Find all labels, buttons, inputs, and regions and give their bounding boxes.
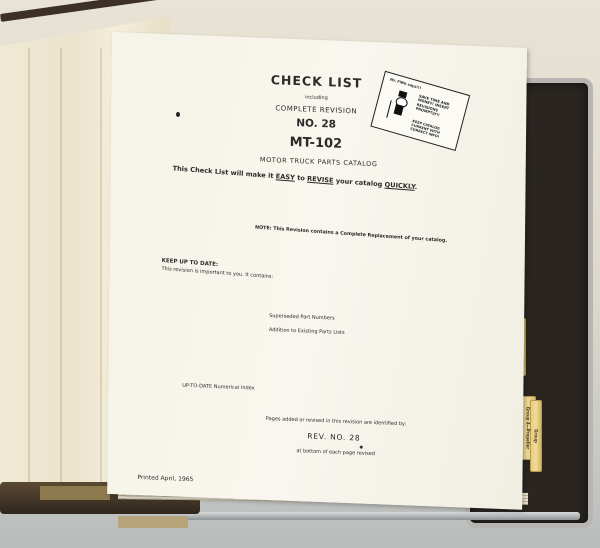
reminder-cartoon: Mr. Fifth says!!! SAVE TIME AND MONEY! I… xyxy=(370,71,470,151)
replacement-note: NOTE: This Revision contains a Complete … xyxy=(255,226,447,244)
index-tab[interactable]: Group xyxy=(530,400,542,472)
doc-title: CHECK LIST xyxy=(271,72,363,91)
printed-date: Printed April, 1965 xyxy=(137,474,193,483)
at-bottom-text: at bottom of each page revised xyxy=(296,448,375,457)
photo-scene: Group 1—Frame Group 2—Front Axle Group 3… xyxy=(0,0,600,548)
ink-dot xyxy=(360,446,363,449)
catalog-code: MT-102 xyxy=(290,135,343,152)
catalog-name: MOTOR TRUCK PARTS CATALOG xyxy=(260,156,378,169)
including-text: including xyxy=(305,94,328,101)
page-fold xyxy=(60,48,62,508)
index-line: UP-TO-DATE Numerical Index xyxy=(182,383,254,392)
contents-item: Addition to Existing Parts Lists xyxy=(269,327,345,336)
binder-hole xyxy=(176,112,180,117)
page-fold xyxy=(28,48,30,508)
hinge-plate xyxy=(40,486,110,500)
cartoon-man-icon xyxy=(392,90,409,114)
check-list-page: CHECK LIST including COMPLETE REVISION N… xyxy=(107,32,527,510)
pages-identified-text: Pages added or revised in this revision … xyxy=(266,416,406,427)
binder-rod xyxy=(0,0,167,22)
hinge-plate xyxy=(118,516,188,528)
contents-item: Superseded Part Numbers xyxy=(269,313,335,322)
easy-revise-line: This Check List will make it EASY to REV… xyxy=(172,164,417,191)
page-fold xyxy=(100,48,102,508)
rev-mark: REV. NO. 28 xyxy=(307,432,360,443)
revision-number: NO. 28 xyxy=(296,117,336,131)
complete-revision-text: COMPLETE REVISION xyxy=(275,104,357,115)
